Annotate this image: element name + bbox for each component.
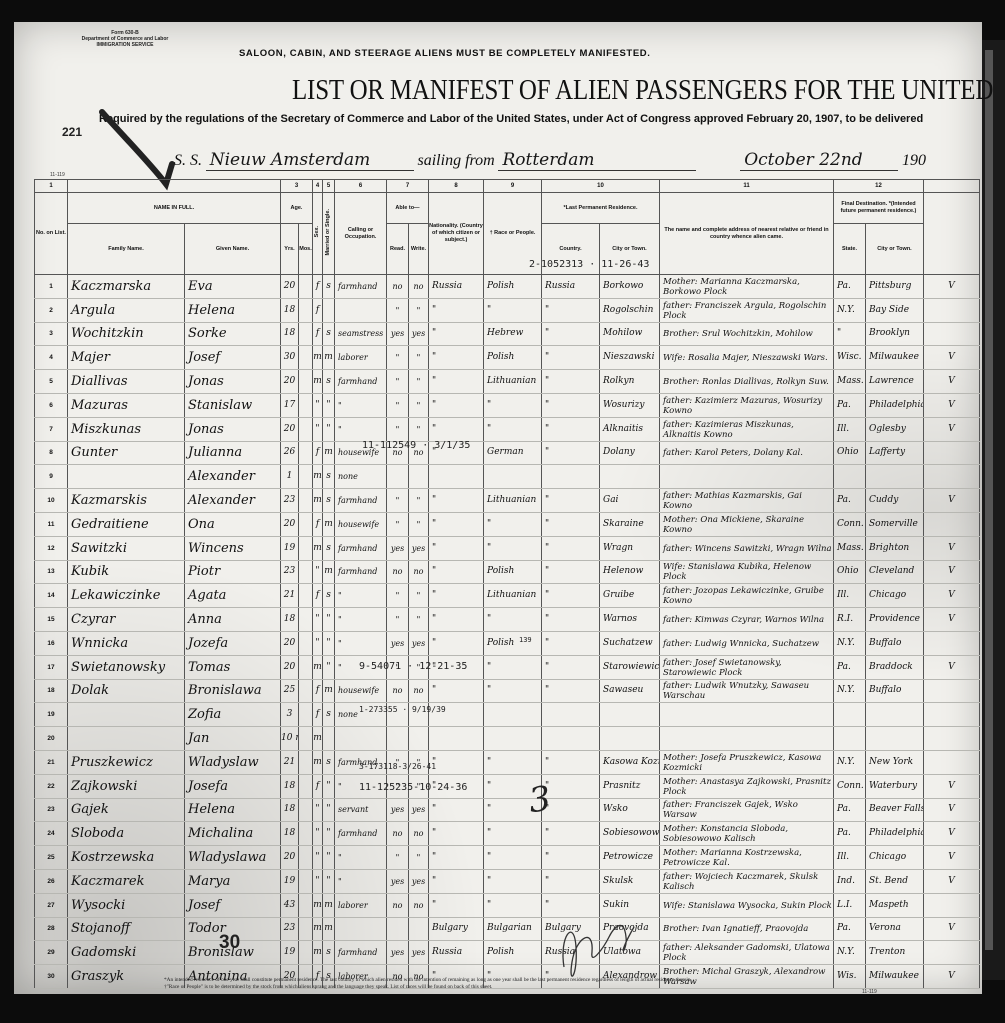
nationality: " (429, 846, 484, 870)
family-name: Dolak (68, 679, 185, 703)
destination-state: Pa. (834, 275, 866, 299)
can-read: no (387, 679, 409, 703)
residence-city: Prasnitz (600, 774, 660, 798)
table-row: 5 Diallivas Jonas 20 m s farmhand " " " … (35, 370, 980, 394)
header-final-destination: Final Destination. *(Intended future per… (834, 193, 924, 224)
table-row: 23 Gajek Helena 18 " " servant yes yes "… (35, 798, 980, 822)
header-dest-city: City or Town. (866, 224, 924, 275)
can-write: " (409, 584, 429, 608)
nationality: " (429, 869, 484, 893)
race-people: Polish (484, 631, 542, 655)
nationality: " (429, 298, 484, 322)
marital-status: " (323, 869, 335, 893)
residence-country: Russia (542, 275, 600, 299)
can-write: no (409, 893, 429, 917)
destination-state: Pa. (834, 393, 866, 417)
marital-status: s (323, 370, 335, 394)
nearest-relative: Mother: Marianna Kaczmarska, Borkowo Plo… (660, 275, 834, 299)
age-months (299, 703, 313, 727)
destination-state: L.I. (834, 893, 866, 917)
verification-check: V (924, 584, 980, 608)
list-number: 24 (35, 822, 68, 846)
age-months (299, 417, 313, 441)
sex: f (313, 512, 323, 536)
list-number: 15 (35, 608, 68, 632)
destination-city: Brooklyn (866, 322, 924, 346)
residence-country: " (542, 512, 600, 536)
destination-state: Ohio (834, 560, 866, 584)
residence-city: Kasowa Kozmicki (600, 750, 660, 774)
nearest-relative: father: Jozopas Lekawiczinke, Gruibe Kow… (660, 584, 834, 608)
list-number: 30 (35, 965, 68, 989)
can-read: " (387, 846, 409, 870)
race-people: " (484, 679, 542, 703)
destination-city: Beaver Falls (866, 798, 924, 822)
given-name: Wladyslawa (185, 846, 281, 870)
header-relative: The name and complete address of nearest… (660, 193, 834, 275)
age-months (299, 893, 313, 917)
given-name: Ona (185, 512, 281, 536)
residence-city: Sobiesowowo (600, 822, 660, 846)
can-write: " (409, 298, 429, 322)
nearest-relative: father: Karol Peters, Dolany Kal. (660, 441, 834, 465)
residence-country: " (542, 441, 600, 465)
nationality: " (429, 322, 484, 346)
sex: " (313, 869, 323, 893)
verification-check: V (924, 869, 980, 893)
table-row: 1 Kaczmarska Eva 20 f s farmhand no no R… (35, 275, 980, 299)
occupation: " (335, 393, 387, 417)
occupation: farmhand (335, 370, 387, 394)
banner-heading: SALOON, CABIN, AND STEERAGE ALIENS MUST … (239, 48, 650, 59)
sailing-from-label: sailing from (418, 152, 495, 169)
marital-status: " (323, 822, 335, 846)
residence-city: Wragn (600, 536, 660, 560)
nationality (429, 727, 484, 751)
destination-city (866, 465, 924, 489)
age-years: 19 (281, 869, 299, 893)
marital-status: s (323, 584, 335, 608)
age-months (299, 275, 313, 299)
sex: f (313, 584, 323, 608)
marital-status: m (323, 512, 335, 536)
residence-city: Gruibe (600, 584, 660, 608)
sex: m (313, 465, 323, 489)
occupation (335, 727, 387, 751)
table-row: 21 Pruszkewicz Wladyslaw 21 m s farmhand… (35, 750, 980, 774)
nationality: " (429, 798, 484, 822)
given-name: Jan (185, 727, 281, 751)
can-read: " (387, 608, 409, 632)
can-read: " (387, 417, 409, 441)
family-name: Kaczmarek (68, 869, 185, 893)
nearest-relative (660, 727, 834, 751)
race-people: Hebrew (484, 322, 542, 346)
race-people: " (484, 512, 542, 536)
age-months (299, 869, 313, 893)
occupation: " (335, 631, 387, 655)
sex: " (313, 846, 323, 870)
destination-state: Mass. (834, 370, 866, 394)
list-number: 19 (35, 703, 68, 727)
list-number: 4 (35, 346, 68, 370)
sex: " (313, 631, 323, 655)
list-number: 7 (35, 417, 68, 441)
marital-status: m (323, 679, 335, 703)
table-row: 20 Jan 10 m m (35, 727, 980, 751)
sex: m (313, 941, 323, 965)
can-write: no (409, 679, 429, 703)
occupation: " (335, 846, 387, 870)
occupation: laborer (335, 346, 387, 370)
naturalization-note-row19: 9-54071 · 12-21-35 (359, 661, 467, 672)
race-people: Polish (484, 560, 542, 584)
verification-check (924, 465, 980, 489)
can-read: yes (387, 869, 409, 893)
given-name: Bronislawa (185, 679, 281, 703)
verification-check: V (924, 608, 980, 632)
can-read: yes (387, 631, 409, 655)
given-name: Josef (185, 346, 281, 370)
verification-check: V (924, 798, 980, 822)
can-write: yes (409, 869, 429, 893)
ship-name: Nieuw Amsterdam (206, 150, 414, 171)
occupation: housewife (335, 512, 387, 536)
marital-status: " (323, 393, 335, 417)
header-blank (924, 193, 980, 275)
sex: m (313, 917, 323, 941)
list-number: 17 (35, 655, 68, 679)
verification-check: V (924, 489, 980, 513)
destination-state: Pa. (834, 917, 866, 941)
sex: m (313, 370, 323, 394)
family-name (68, 727, 185, 751)
residence-country: " (542, 655, 600, 679)
header-write: Write. (409, 224, 429, 275)
age-months (299, 846, 313, 870)
age-years: 10 m (281, 727, 299, 751)
can-read: no (387, 822, 409, 846)
verification-check: V (924, 417, 980, 441)
nationality: " (429, 584, 484, 608)
marital-status: m (323, 917, 335, 941)
given-name: Anna (185, 608, 281, 632)
can-read: yes (387, 941, 409, 965)
destination-state: Ohio (834, 441, 866, 465)
list-number: 8 (35, 441, 68, 465)
destination-state: " (834, 322, 866, 346)
residence-country: " (542, 846, 600, 870)
family-name (68, 703, 185, 727)
race-people: " (484, 750, 542, 774)
destination-city: Bay Side (866, 298, 924, 322)
family-name: Gadomski (68, 941, 185, 965)
list-number: 6 (35, 393, 68, 417)
nearest-relative: father: Josef Swietanowsky, Starowiewic … (660, 655, 834, 679)
destination-city: New York (866, 750, 924, 774)
nationality: " (429, 631, 484, 655)
residence-city: Dolany (600, 441, 660, 465)
header-mos: Mos. (299, 224, 313, 275)
family-name: Majer (68, 346, 185, 370)
table-row: 13 Kubik Piotr 23 " m farmhand no no " P… (35, 560, 980, 584)
given-name: Helena (185, 798, 281, 822)
age-months (299, 560, 313, 584)
destination-city: Chicago (866, 584, 924, 608)
list-number: 23 (35, 798, 68, 822)
can-write: " (409, 417, 429, 441)
family-name: Kaczmarska (68, 275, 185, 299)
given-name: Helena (185, 298, 281, 322)
marital-status: s (323, 703, 335, 727)
can-write: " (409, 346, 429, 370)
destination-state: N.Y. (834, 631, 866, 655)
family-name: Swietanowsky (68, 655, 185, 679)
destination-city: Brighton (866, 536, 924, 560)
marital-status: s (323, 941, 335, 965)
nationality: " (429, 560, 484, 584)
nationality: " (429, 417, 484, 441)
destination-city (866, 727, 924, 751)
verification-check: V (924, 846, 980, 870)
residence-country (542, 727, 600, 751)
can-read: yes (387, 322, 409, 346)
residence-city: Helenow (600, 560, 660, 584)
occupation: farmhand (335, 536, 387, 560)
nearest-relative: Wife: Stanislawa Wysocka, Sukin Plock (660, 893, 834, 917)
destination-state: Ill. (834, 584, 866, 608)
family-name: Lekawiczinke (68, 584, 185, 608)
destination-state (834, 727, 866, 751)
nearest-relative: father: Franciszek Gajek, Wsko Warsaw (660, 798, 834, 822)
list-number: 22 (35, 774, 68, 798)
destination-city: Somerville (866, 512, 924, 536)
marital-status: " (323, 798, 335, 822)
list-number: 28 (35, 917, 68, 941)
residence-country: " (542, 370, 600, 394)
race-people: " (484, 417, 542, 441)
family-name: Stojanoff (68, 917, 185, 941)
occupation: farmhand (335, 275, 387, 299)
scan-right-edge (982, 40, 1005, 980)
verification-check (924, 298, 980, 322)
given-name: Zofia (185, 703, 281, 727)
sex: f (313, 703, 323, 727)
verification-check: V (924, 917, 980, 941)
race-people: " (484, 869, 542, 893)
race-people: Polish (484, 275, 542, 299)
age-years: 17 (281, 393, 299, 417)
destination-city: Chicago (866, 846, 924, 870)
destination-city: Cleveland (866, 560, 924, 584)
family-name: Kazmarskis (68, 489, 185, 513)
naturalization-note-row23: 3-173118-3/26-41 (359, 762, 436, 771)
residence-country: " (542, 322, 600, 346)
destination-city: Lafferty (866, 441, 924, 465)
given-name: Josefa (185, 774, 281, 798)
can-write: " (409, 393, 429, 417)
age-months (299, 393, 313, 417)
residence-country: " (542, 774, 600, 798)
footnote-race: †"Race or People" is to be determined by… (164, 984, 964, 991)
residence-city (600, 465, 660, 489)
occupation: farmhand (335, 489, 387, 513)
table-row: 27 Wysocki Josef 43 m m laborer no no " … (35, 893, 980, 917)
age-months (299, 655, 313, 679)
nearest-relative: father: Franciszek Argula, Rogolschin Pl… (660, 298, 834, 322)
list-number: 29 (35, 941, 68, 965)
table-row: 6 Mazuras Stanislaw 17 " " " " " " " " W… (35, 393, 980, 417)
residence-city: Nieszawski (600, 346, 660, 370)
race-people: Polish (484, 346, 542, 370)
age-months (299, 798, 313, 822)
can-write (409, 465, 429, 489)
occupation: " (335, 417, 387, 441)
residence-city: Rolkyn (600, 370, 660, 394)
residence-city: Gai (600, 489, 660, 513)
residence-country: " (542, 584, 600, 608)
verification-check (924, 941, 980, 965)
header-able-to: Able to— (387, 193, 429, 224)
residence-city: Starowiewic (600, 655, 660, 679)
race-people: Polish (484, 941, 542, 965)
header-married-single: Married or Single. (323, 193, 335, 275)
family-name: Wysocki (68, 893, 185, 917)
table-row: 16 Wnnicka Jozefa 20 " " " yes yes " Pol… (35, 631, 980, 655)
nearest-relative: father: Aleksander Gadomski, Ulatowa Plo… (660, 941, 834, 965)
race-people: " (484, 298, 542, 322)
nearest-relative: Brother: Ronlas Diallivas, Rolkyn Suw. (660, 370, 834, 394)
race-people: Lithuanian (484, 489, 542, 513)
race-people (484, 465, 542, 489)
sex: m (313, 489, 323, 513)
verification-check: V (924, 275, 980, 299)
destination-city: Trenton (866, 941, 924, 965)
destination-state: Conn. (834, 512, 866, 536)
age-months (299, 679, 313, 703)
can-read: yes (387, 536, 409, 560)
header-row-1: No. on List. NAME IN FULL. Age. Sex. Mar… (35, 193, 980, 224)
nearest-relative (660, 465, 834, 489)
form-id-top: 11-119 (50, 172, 65, 178)
marital-status: s (323, 536, 335, 560)
race-people: Lithuanian (484, 584, 542, 608)
residence-country: " (542, 536, 600, 560)
list-number: 16 (35, 631, 68, 655)
occupation: " (335, 869, 387, 893)
age-years: 20 (281, 631, 299, 655)
sex: m (313, 727, 323, 751)
header-family-name: Family Name. (68, 224, 185, 275)
marital-status: " (323, 655, 335, 679)
verification-check (924, 703, 980, 727)
verification-check (924, 441, 980, 465)
verification-check (924, 322, 980, 346)
voyage-line: S. S. Nieuw Amsterdam sailing from Rotte… (174, 150, 944, 174)
residence-city: Mohilow (600, 322, 660, 346)
can-read: no (387, 893, 409, 917)
residence-country: " (542, 298, 600, 322)
marital-status: " (323, 608, 335, 632)
residence-city: Wosurizy (600, 393, 660, 417)
race-people (484, 727, 542, 751)
destination-city: Philadelphia (866, 822, 924, 846)
page-subtitle: Required by the regulations of the Secre… (99, 113, 923, 125)
age-years: 20 (281, 512, 299, 536)
age-years: 18 (281, 774, 299, 798)
given-name: Alexander (185, 465, 281, 489)
residence-country (542, 703, 600, 727)
sex: m (313, 750, 323, 774)
marital-status: m (323, 346, 335, 370)
residence-country: Bulgary (542, 917, 600, 941)
occupation: laborer (335, 893, 387, 917)
residence-city: Praovojda (600, 917, 660, 941)
residence-city: Wsko (600, 798, 660, 822)
sex: f (313, 774, 323, 798)
race-people: " (484, 536, 542, 560)
race-people: " (484, 822, 542, 846)
destination-state: Mass. (834, 536, 866, 560)
occupation: servant (335, 798, 387, 822)
nationality: Bulgary (429, 917, 484, 941)
destination-state: Ill. (834, 417, 866, 441)
age-years: 43 (281, 893, 299, 917)
given-name: Agata (185, 584, 281, 608)
destination-city: Oglesby (866, 417, 924, 441)
table-row: 18 Dolak Bronislawa 25 f m housewife no … (35, 679, 980, 703)
residence-city: Skulsk (600, 869, 660, 893)
nearest-relative: father: Kimwas Czyrar, Warnos Wilna (660, 608, 834, 632)
age-years: 18 (281, 822, 299, 846)
destination-city: Providence (866, 608, 924, 632)
age-years: 21 (281, 750, 299, 774)
destination-city: Philadelphia (866, 393, 924, 417)
header-calling: Calling or Occupation. (335, 193, 387, 275)
given-name: Julianna (185, 441, 281, 465)
table-row: 17 Swietanowsky Tomas 20 m " " " " " " "… (35, 655, 980, 679)
sex: f (313, 298, 323, 322)
nationality: " (429, 512, 484, 536)
family-name: Sloboda (68, 822, 185, 846)
nationality: Russia (429, 941, 484, 965)
nationality: " (429, 393, 484, 417)
occupation (335, 917, 387, 941)
list-number: 13 (35, 560, 68, 584)
departure-port: Rotterdam (498, 150, 696, 171)
age-years: 3 (281, 703, 299, 727)
age-months (299, 298, 313, 322)
verification-check (924, 750, 980, 774)
race-people: " (484, 393, 542, 417)
destination-state (834, 703, 866, 727)
nationality: " (429, 536, 484, 560)
table-row: 28 Stojanoff Todor 23 m m Bulgary Bulgar… (35, 917, 980, 941)
can-write: yes (409, 322, 429, 346)
age-months (299, 584, 313, 608)
age-years: 18 (281, 298, 299, 322)
family-name: Gajek (68, 798, 185, 822)
can-write: " (409, 608, 429, 632)
header-read: Read. (387, 224, 409, 275)
list-number: 26 (35, 869, 68, 893)
family-name: Gunter (68, 441, 185, 465)
manifest-sheet: Form 630-B Department of Commerce and La… (14, 22, 982, 994)
family-name: Wnnicka (68, 631, 185, 655)
residence-city: Suchatzew (600, 631, 660, 655)
destination-city: Braddock (866, 655, 924, 679)
nearest-relative: Brother: Srul Wochitzkin, Mohilow (660, 322, 834, 346)
